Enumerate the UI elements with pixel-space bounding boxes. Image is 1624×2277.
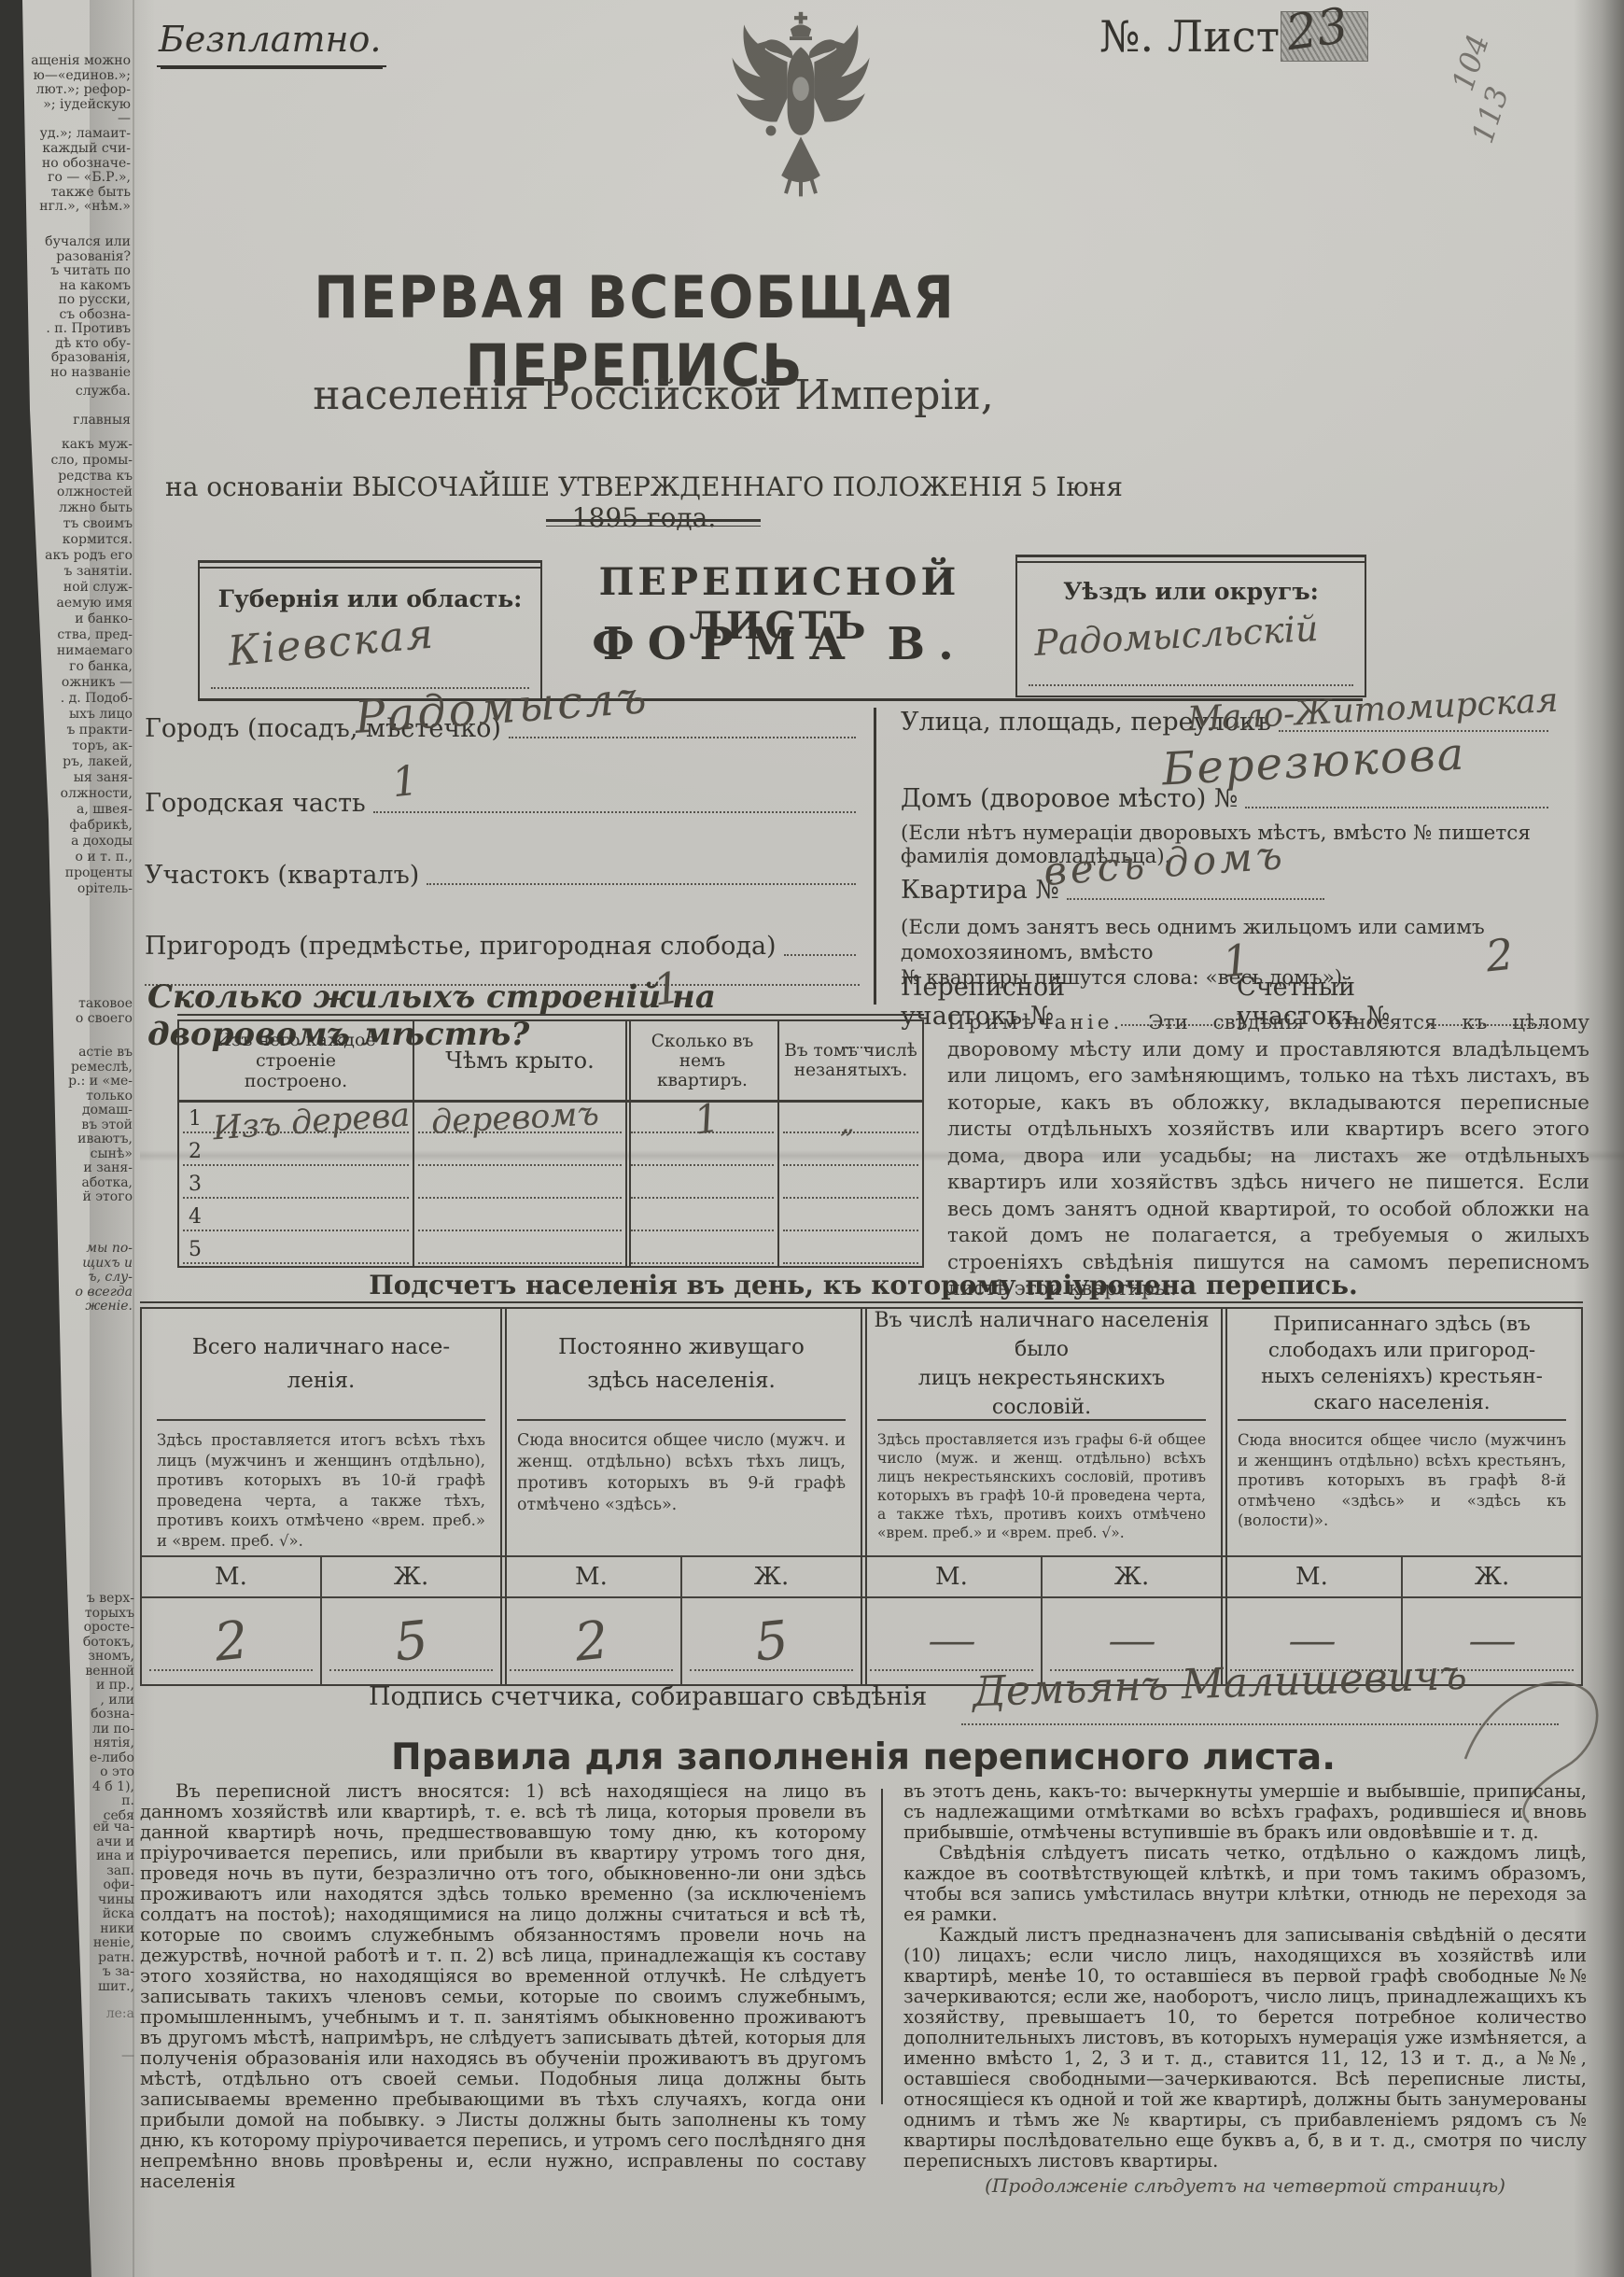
census-subtitle: населенія Россійской Имперіи,: [149, 372, 1157, 419]
apartment-write-line: [1067, 898, 1324, 900]
tally-group-desc: Здѣсь проставляется итогъ всѣхъ тѣхъ лиц…: [142, 1421, 500, 1548]
uezd-label: Уѣздъ или округъ:: [1017, 578, 1365, 605]
suburb-write-line: [784, 954, 856, 956]
cell-apartments: [625, 1201, 777, 1233]
rules-right-p2: Свѣдѣнія слѣдуетъ писать четко, отдѣльно…: [903, 1843, 1587, 1925]
margin-text-block: ащенія можно ю—«единов.»; лют.»; рефор- …: [26, 54, 131, 141]
city-part-field: Городская часть: [145, 789, 861, 818]
buildings-table: Изъ чего каждое строеніе построено. Чѣмъ…: [177, 1019, 924, 1268]
margin-text-block: бучался или разованія? ъ читать по на ка…: [26, 235, 131, 380]
value-cell: 2: [142, 1598, 320, 1684]
imperial-eagle-crest-icon: [726, 6, 875, 241]
value-cell: 5: [680, 1598, 861, 1684]
column-header-vacant: Въ томъ числѣ незанятыхъ.: [777, 1021, 922, 1100]
uezd-write-line: [1029, 684, 1353, 686]
female-value: 5: [391, 1609, 430, 1673]
free-of-charge-label: Безплатно.: [157, 19, 386, 67]
city-write-line: [509, 737, 856, 738]
rules-title: Правила для заполненія переписного листа…: [140, 1736, 1587, 1778]
cell-apartments: [625, 1168, 777, 1201]
tally-title: Подсчетъ населенія въ день, къ которому …: [140, 1270, 1587, 1300]
margin-text-block: ей ча- ачи и ина и зап. офи- чины йска н…: [49, 1820, 134, 1994]
tally-mf-header: М. Ж.: [862, 1555, 1221, 1598]
female-value: 5: [751, 1609, 791, 1673]
note-label: Примѣчаніе.: [947, 1011, 1123, 1034]
cell-apartments: [625, 1233, 777, 1266]
form-column-divider: [874, 708, 876, 1005]
male-value: —: [928, 1620, 976, 1663]
rules-continuation: (Продолженіе слѣдуетъ на четвертой стран…: [903, 2175, 1587, 2196]
margin-text-block: астіе въ ремеслѣ, р.: и «ме- только дома…: [39, 1046, 133, 1205]
tally-mf-header: М. Ж.: [502, 1555, 861, 1598]
margin-text-block: каждый счи- но обозначе- го — «Б.Р.», та…: [26, 142, 131, 215]
suburb-field: Пригородъ (предмѣстье, пригородная слобо…: [145, 932, 861, 961]
buildings-answer: 1: [650, 962, 684, 1016]
city-part-write-line: [373, 811, 856, 813]
margin-text-block: служба. главныя: [26, 385, 131, 429]
margin-text-block: ъ верх- торыхъ оросте- ботокъ, зномъ, ве…: [45, 1592, 134, 1823]
male-header: М.: [1223, 1557, 1401, 1596]
cell-roof: [413, 1168, 625, 1201]
signature-label: Подпись счетчика, собиравшаго свѣдѣнія: [369, 1682, 927, 1711]
house-write-line: [1245, 807, 1548, 808]
suburb-label: Пригородъ (предмѣстье, пригородная слобо…: [145, 932, 777, 961]
rules-left-text: Въ переписной листъ вносятся: 1) всѣ нах…: [140, 1781, 866, 2192]
margin-text-block: таковое о своего: [37, 997, 133, 1026]
male-value: 2: [211, 1609, 250, 1673]
value-cell: 5: [320, 1598, 500, 1684]
tally-group-desc: Сюда вносится общее число (мужчинъ и жен…: [1223, 1421, 1581, 1548]
rules-right-column: въ этотъ день, какъ-то: вычеркнуты умерш…: [903, 1781, 1587, 2196]
table-row: 5: [179, 1233, 922, 1266]
free-of-charge-text: Безплатно.: [159, 19, 381, 60]
male-header: М.: [862, 1557, 1041, 1596]
census-area-value: 1: [1220, 935, 1253, 988]
row-number: 4: [179, 1201, 413, 1233]
tally-group-header: Въ числѣ наличнаго населенія было лицъ н…: [862, 1309, 1221, 1419]
census-form-page: ащенія можно ю—«единов.»; лют.»; рефор- …: [0, 0, 1624, 2277]
population-tally-table: Всего наличнаго насе- ленія. Здѣсь прост…: [140, 1307, 1583, 1686]
uezd-box: Уѣздъ или округъ: Радомысльскій: [1015, 555, 1366, 697]
male-header: М.: [142, 1557, 320, 1596]
cell-roof: [413, 1233, 625, 1266]
cell-vacant: [777, 1168, 922, 1201]
count-area-value: 2: [1483, 929, 1516, 982]
tally-group-permanent: Постоянно живущаго здѣсь населенія. Сюда…: [500, 1309, 861, 1684]
column-header-built: Изъ чего каждое строеніе построено.: [179, 1021, 413, 1100]
female-header: Ж.: [320, 1557, 500, 1596]
quarter-label: Участокъ (кварталъ): [145, 861, 419, 890]
tally-values: 2 5: [142, 1598, 500, 1684]
apartment-label: Квартира №: [901, 876, 1059, 905]
quarter-write-line: [427, 883, 856, 885]
rules-left-column: Въ переписной листъ вносятся: 1) всѣ нах…: [140, 1781, 866, 2192]
city-part-label: Городская часть: [145, 789, 366, 818]
female-value: —: [1108, 1620, 1156, 1663]
rules-right-p3: Каждый листъ предназначенъ для записыван…: [903, 1925, 1587, 2172]
cell-vacant: [777, 1201, 922, 1233]
vacant-value: „: [840, 1107, 855, 1140]
gubernia-label: Губернія или область:: [200, 585, 540, 612]
tally-values: 2 5: [502, 1598, 861, 1684]
buildings-table-header: Изъ чего каждое строеніе построено. Чѣмъ…: [179, 1021, 922, 1103]
tally-group-desc: Здѣсь проставляется изъ графы 6-й общее …: [862, 1421, 1221, 1548]
gubernia-value: Кіевская: [226, 610, 437, 675]
female-value: —: [1468, 1620, 1517, 1663]
tally-group-ascribed: Приписаннаго здѣсь (въ слободахъ или при…: [1221, 1309, 1581, 1684]
cell-vacant: [777, 1135, 922, 1168]
gubernia-box: Губернія или область: Кіевская: [198, 560, 542, 700]
tally-group-present: Всего наличнаго насе- ленія. Здѣсь прост…: [142, 1309, 500, 1684]
note-text: Эти свѣдѣнія относятся къ цѣлому дворово…: [947, 1011, 1589, 1300]
sheet-number-value: 23: [1282, 0, 1351, 62]
male-value: 2: [571, 1609, 610, 1673]
city-part-value: 1: [389, 757, 420, 808]
note-paragraph: Примѣчаніе. Эти свѣдѣнія относятся къ цѣ…: [947, 1010, 1589, 1303]
quarter-field: Участокъ (кварталъ): [145, 861, 861, 890]
column-header-apartments: Сколько въ немъ квартиръ.: [625, 1021, 777, 1100]
form-code: ФОРМА В.: [541, 618, 1017, 670]
cell-vacant: [777, 1233, 922, 1266]
row-number: 3: [179, 1168, 413, 1201]
cell-roof: [413, 1201, 625, 1233]
row-number: 5: [179, 1233, 413, 1266]
rules-right-p1: въ этотъ день, какъ-то: вычеркнуты умерш…: [903, 1781, 1587, 1843]
tally-group-header: Всего наличнаго насе- ленія.: [142, 1309, 500, 1419]
margin-text-block: ле:а: [52, 2007, 134, 2022]
tally-mf-header: М. Ж.: [142, 1555, 500, 1598]
tally-group-desc: Сюда вносится общее число (мужч. и женщ.…: [502, 1421, 861, 1548]
margin-text-block: какъ муж- сло, промы- редства къ олжност…: [30, 437, 133, 897]
tally-group-header: Приписаннаго здѣсь (въ слободахъ или при…: [1223, 1309, 1581, 1419]
tally-group-non-peasant: Въ числѣ наличнаго населенія было лицъ н…: [861, 1309, 1221, 1684]
female-header: Ж.: [1041, 1557, 1221, 1596]
tally-mf-header: М. Ж.: [1223, 1555, 1581, 1598]
title-divider: [546, 519, 761, 527]
female-header: Ж.: [680, 1557, 861, 1596]
column-header-roof: Чѣмъ крыто.: [413, 1021, 625, 1100]
sheet-number-label-text: №. Листа: [1099, 11, 1305, 62]
male-header: М.: [502, 1557, 680, 1596]
uezd-value: Радомысльскій: [1033, 608, 1319, 664]
margin-text-block: мы по- щихъ и ъ, слу- о всегда женіе.: [41, 1242, 133, 1314]
margin-text-block: —: [56, 2049, 134, 2064]
rules-column-divider: [881, 1789, 883, 2104]
table-row: 4: [179, 1201, 922, 1233]
tally-group-header: Постоянно живущаго здѣсь населенія.: [502, 1309, 861, 1419]
value-cell: 2: [502, 1598, 680, 1684]
female-header: Ж.: [1401, 1557, 1581, 1596]
sheet-number-label: №. Листа: [1099, 11, 1305, 62]
table-row: 3: [179, 1168, 922, 1201]
